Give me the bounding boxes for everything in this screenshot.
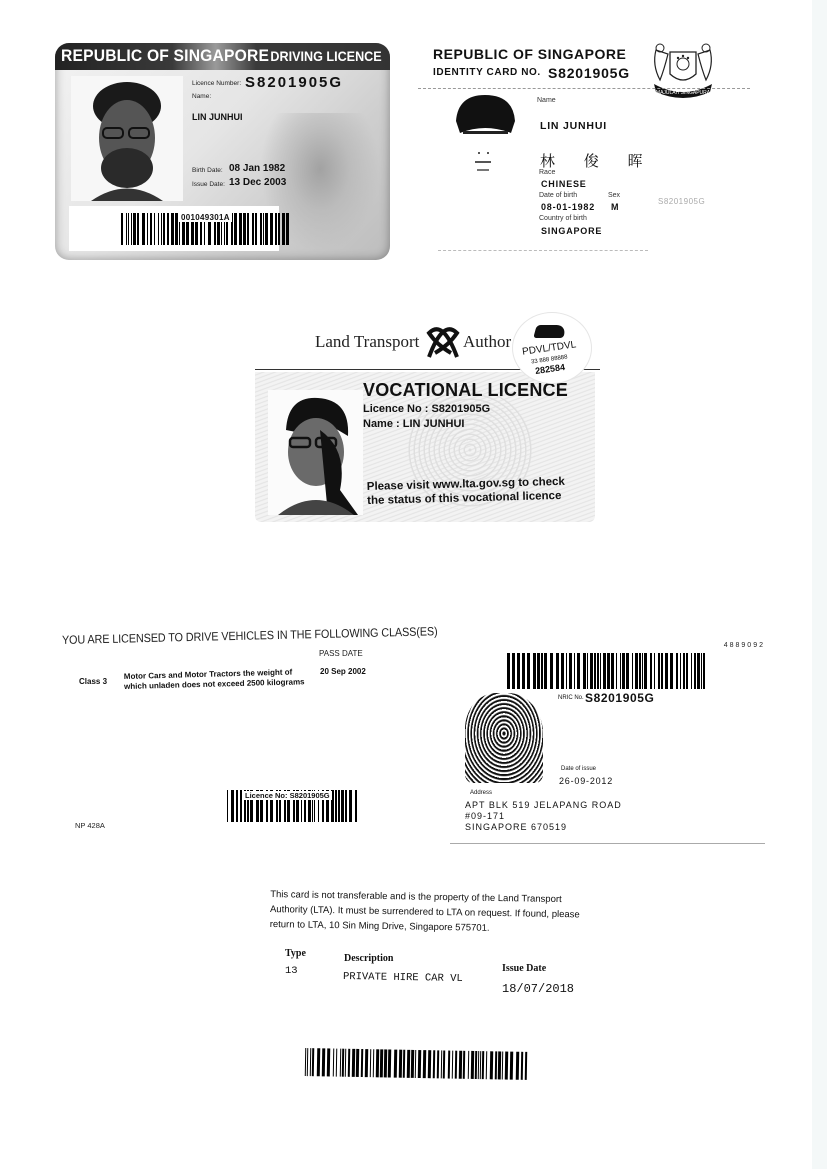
driving-licence-header: REPUBLIC OF SINGAPORE DRIVING LICENCE bbox=[55, 43, 390, 70]
issue-date-label: Issue Date: bbox=[192, 181, 225, 188]
ownership-notice: This card is not transferable and is the… bbox=[270, 887, 601, 938]
birth-date: 08 Jan 1982 bbox=[229, 163, 285, 174]
car-icon bbox=[533, 325, 566, 338]
sex-label: Sex bbox=[608, 192, 620, 199]
barcode-text: Licence No: S8201905G bbox=[243, 791, 332, 800]
classes-heading: YOU ARE LICENSED TO DRIVE VEHICLES IN TH… bbox=[62, 624, 438, 647]
address-label: Address bbox=[470, 790, 492, 796]
driving-licence-front: REPUBLIC OF SINGAPORE DRIVING LICENCE Li… bbox=[55, 43, 390, 260]
description-label: Description bbox=[344, 953, 393, 964]
birth-date-label: Birth Date: bbox=[192, 167, 223, 174]
nric-number: S8201905G bbox=[585, 691, 654, 705]
holder-photo bbox=[71, 76, 183, 201]
lta-logo-icon bbox=[423, 323, 463, 359]
vocational-licence-back: This card is not transferable and is the… bbox=[265, 885, 600, 1005]
identity-card-back: 4889092 NRIC No. S8201905G Date of issue… bbox=[445, 640, 770, 845]
holder-name: LIN JUNHUI bbox=[192, 112, 243, 122]
id-label: IDENTITY CARD NO. bbox=[433, 67, 541, 78]
vocational-licence-card: Land Transport Author VOCATIONAL LICENCE… bbox=[255, 310, 600, 528]
driving-licence-back: YOU ARE LICENSED TO DRIVE VEHICLES IN TH… bbox=[55, 620, 395, 840]
card-serial: 4889092 bbox=[724, 642, 765, 649]
person-photo-icon bbox=[453, 93, 518, 188]
holder-name: Name : LIN JUNHUI bbox=[363, 418, 464, 430]
sex: M bbox=[611, 202, 619, 212]
pass-date-label: PASS DATE bbox=[319, 649, 363, 658]
country-of-birth: SINGAPORE bbox=[541, 226, 602, 236]
race: CHINESE bbox=[541, 179, 587, 189]
fingerprint-icon bbox=[465, 693, 543, 783]
chinese-name: 林 俊 晖 bbox=[540, 150, 655, 171]
nric-label: NRIC No. bbox=[558, 695, 584, 701]
pdvl-sticker: PDVL/TDVL 33 888 88888 282584 bbox=[512, 312, 592, 384]
scan-edge bbox=[812, 0, 827, 1169]
licence-class: Class 3 bbox=[79, 677, 107, 686]
card-title: DRIVING LICENCE bbox=[271, 48, 382, 64]
barcode bbox=[305, 1048, 530, 1080]
pass-date: 20 Sep 2002 bbox=[320, 667, 366, 676]
form-code: NP 428A bbox=[75, 821, 105, 830]
class-description: Motor Cars and Motor Tractors the weight… bbox=[124, 667, 305, 692]
licence-title: VOCATIONAL LICENCE bbox=[363, 380, 568, 401]
licence-number: S8201905G bbox=[245, 74, 343, 91]
date-of-issue-label: Date of issue bbox=[561, 766, 596, 772]
status-note: Please visit www.lta.gov.sg to check the… bbox=[367, 475, 566, 508]
name-label: Name: bbox=[192, 93, 211, 100]
country-title: REPUBLIC OF SINGAPORE bbox=[433, 46, 626, 62]
id-number: S8201905G bbox=[548, 65, 630, 81]
issue-date-label: Issue Date bbox=[502, 963, 546, 974]
race-label: Race bbox=[539, 169, 555, 176]
licence-description: PRIVATE HIRE CAR VL bbox=[343, 971, 463, 985]
holder-name: LIN JUNHUI bbox=[540, 120, 607, 132]
sticker-label: PDVL/TDVL bbox=[521, 339, 576, 357]
authority-name-right: Author bbox=[463, 332, 511, 352]
person-photo-icon bbox=[71, 76, 183, 201]
divider bbox=[418, 88, 750, 89]
dob-label: Date of birth bbox=[539, 192, 577, 199]
issue-date: 13 Dec 2003 bbox=[229, 177, 286, 188]
person-photo-icon bbox=[268, 390, 363, 515]
name-label: Name bbox=[537, 97, 556, 104]
date-of-issue: 26-09-2012 bbox=[559, 776, 613, 786]
faint-id-number: S8201905G bbox=[658, 197, 705, 206]
coat-of-arms-icon: MAJULAH SINGAPURA bbox=[648, 40, 718, 102]
authority-name-left: Land Transport bbox=[315, 332, 419, 352]
issue-date: 18/07/2018 bbox=[502, 982, 574, 996]
licence-number: Licence No : S8201905G bbox=[363, 403, 490, 415]
country-of-birth-label: Country of birth bbox=[539, 215, 587, 222]
licence-type: 13 bbox=[285, 965, 298, 977]
country-title: REPUBLIC OF SINGAPORE bbox=[61, 46, 269, 66]
type-label: Type bbox=[285, 948, 306, 959]
identity-card-front: REPUBLIC OF SINGAPORE IDENTITY CARD NO. … bbox=[418, 38, 763, 253]
licence-number-label: Licence Number: bbox=[192, 80, 241, 87]
svg-text:MAJULAH SINGAPURA: MAJULAH SINGAPURA bbox=[656, 90, 711, 96]
barcode-number: 001049301A bbox=[179, 213, 232, 222]
divider bbox=[450, 843, 765, 844]
address: APT BLK 519 JELAPANG ROAD #09-171 SINGAP… bbox=[465, 800, 622, 833]
barcode bbox=[507, 653, 707, 689]
holder-photo bbox=[268, 390, 363, 515]
dob: 08-01-1982 bbox=[541, 202, 595, 212]
divider bbox=[438, 250, 648, 251]
